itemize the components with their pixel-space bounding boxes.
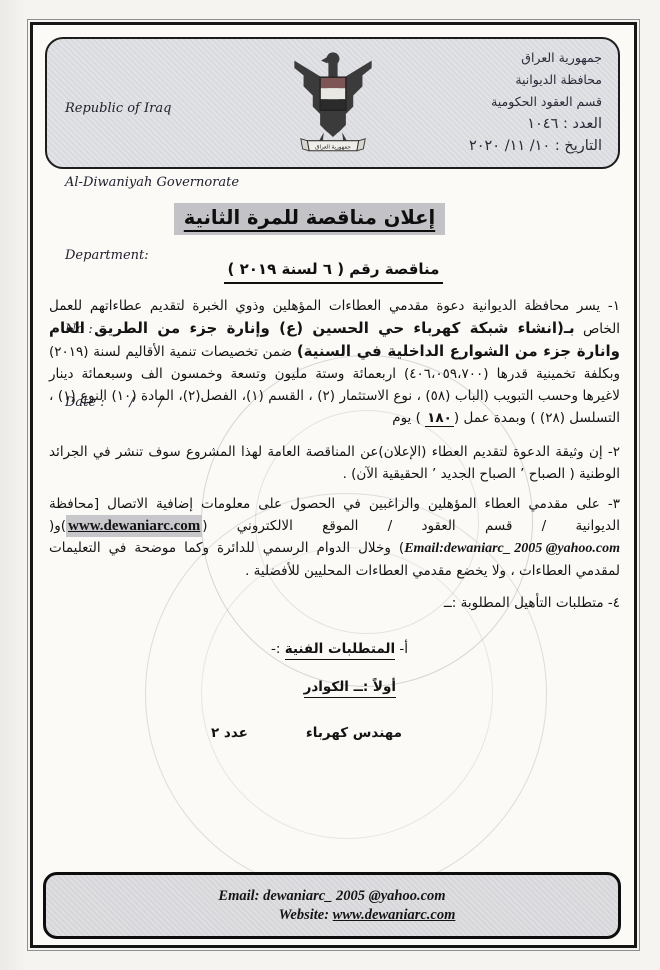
title-row: إعلان مناقصة للمرة الثانية — [33, 203, 634, 235]
page-title: إعلان مناقصة للمرة الثانية — [174, 203, 445, 235]
letterhead-ar-contracts-dept: قسم العقود الحكومية — [469, 91, 602, 113]
letterhead-en-governorate: Al-Diwaniyah Governorate — [65, 171, 239, 196]
cadres-subheading: أولاً :ــ الكوادر — [49, 676, 396, 698]
iraq-coat-of-arms-icon: جمهورية العراق — [287, 47, 379, 161]
cadre-quantity: عدد ٢ — [211, 722, 248, 744]
document-border-frame: Republic of Iraq Al-Diwaniyah Governorat… — [30, 22, 637, 948]
footer-website-label: Website: — [279, 907, 333, 923]
emblem-scroll-text: جمهورية العراق — [315, 144, 351, 150]
cadre-row: مهندس كهرباء عدد ٢ — [49, 722, 402, 744]
p1-duration-days: ١٨٠ — [425, 410, 454, 427]
subtitle-row: مناقصة رقم ( ٦ لسنة ٢٠١٩ ) — [33, 259, 634, 284]
footer-website: Website: www.dewaniarc.com — [279, 907, 456, 924]
paragraph-3: ٣- على مقدمي العطاء المؤهلين والراغبين ف… — [49, 493, 620, 582]
letterhead-ar-date: التاريخ : ١٠/ ١١/ ٢٠٢٠ — [469, 135, 602, 157]
tender-number-subtitle: مناقصة رقم ( ٦ لسنة ٢٠١٩ ) — [224, 260, 444, 284]
requirements-section: أ- المتطلبات الفنية :- أولاً :ــ الكوادر… — [49, 638, 408, 744]
footer-website-url: www.dewaniarc.com — [333, 907, 456, 923]
letterhead-ar-number: العدد : ١٠٤٦ — [469, 113, 602, 135]
email-address: Email:dewaniarc_ 2005 @yahoo.com — [404, 538, 620, 560]
cadres-label: أولاً :ــ الكوادر — [304, 679, 396, 698]
req-a-title: المتطلبات الفنية — [285, 641, 395, 660]
footer-contact-box: Email: dewaniarc_ 2005 @yahoo.com Websit… — [43, 872, 621, 939]
req-a-suffix: :- — [271, 641, 285, 657]
document-body: ١- يسر محافظة الديوانية دعوة مقدمي العطا… — [49, 295, 620, 744]
letterhead-box: Republic of Iraq Al-Diwaniyah Governorat… — [45, 37, 620, 169]
letterhead-ar-country: جمهورية العراق — [469, 47, 602, 69]
p1-tail: ) يوم — [392, 410, 425, 426]
website-link: www.dewaniarc.com — [66, 515, 202, 537]
letterhead-ar-governorate: محافظة الديوانية — [469, 69, 602, 91]
req-a-prefix: أ- — [395, 641, 408, 657]
paragraph-4: ٤- متطلبات التأهيل المطلوبة :ــ — [49, 592, 620, 614]
footer-email: Email: dewaniarc_ 2005 @yahoo.com — [218, 888, 445, 905]
p3-mid: )و( — [49, 518, 66, 534]
paragraph-1: ١- يسر محافظة الديوانية دعوة مقدمي العطا… — [49, 295, 620, 429]
paragraph-2: ٢- إن وثيقة الدعوة لتقديم العطاء (الإعلا… — [49, 441, 620, 485]
letterhead-arabic: جمهورية العراق محافظة الديوانية قسم العق… — [469, 47, 602, 157]
scanned-tender-document: Republic of Iraq Al-Diwaniyah Governorat… — [0, 0, 660, 970]
technical-requirements-heading: أ- المتطلبات الفنية :- — [49, 638, 408, 660]
cadre-item: مهندس كهرباء — [306, 722, 402, 744]
letterhead-en-country: Republic of Iraq — [65, 97, 239, 122]
